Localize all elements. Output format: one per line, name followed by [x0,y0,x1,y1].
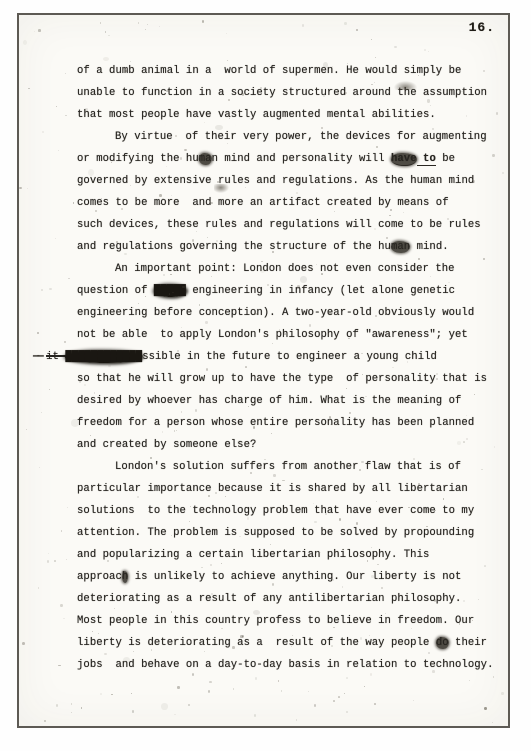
typed-text: their [449,637,487,649]
scan-noise-speck [22,642,24,645]
scan-noise-speck [159,26,160,27]
scan-noise-speck [71,712,72,713]
scan-noise-speck [48,553,49,554]
text-line: approach is unlikely to achieve anything… [77,566,497,588]
scan-noise-speck [174,714,175,715]
text-line: engineering before conception). A two-ye… [77,302,497,324]
scan-noise-speck [131,693,132,694]
text-line: deteriorating as a result of any antilib… [77,588,497,610]
scan-noise-speck [44,720,46,723]
scan-noise-speck [469,680,470,681]
scan-noise-speck [281,690,282,692]
typewritten-text: of a dumb animal in a world of supermen.… [77,60,497,676]
typed-text: be [436,153,455,165]
scan-noise-speck [58,150,59,151]
typed-text: London's solution suffers from another f… [115,461,461,473]
scan-noise-speck [39,467,40,468]
typed-text: that most people have vastly augmented m… [77,109,436,121]
scan-noise-speck [49,288,52,290]
typed-text: engineering in infancy (let alone geneti… [186,285,455,297]
typed-text: freedom for a person whose entire person… [77,417,474,429]
text-line: such devices, these rules and regulation… [77,214,497,236]
scan-noise-speck [255,677,257,679]
typed-text: Most people in this country profess to b… [77,615,474,627]
text-line: freedom for a person whose entire person… [77,412,497,434]
typed-text: mind. [410,241,448,253]
typed-text: By virtue of their very power, the devic… [115,131,487,143]
scan-noise-speck [177,686,179,689]
scan-noise-speck [226,33,227,34]
scan-noise-speck [371,39,372,40]
ink-blot: man [391,241,410,253]
typed-text: and regulations governing the structure … [77,241,391,253]
typed-text: jobs and behave on a day-to-day basis in… [77,659,493,671]
scan-noise-speck [314,704,317,707]
scan-noise-speck [338,696,340,698]
typed-text: not be able to apply London's philosophy… [77,329,468,341]
scan-noise-speck [41,289,43,291]
text-line: jobs and behave on a day-to-day basis in… [77,654,497,676]
scan-noise-speck [38,587,40,589]
scan-noise-speck [26,429,27,430]
typed-text: and created by someone else? [77,439,256,451]
text-line: so that he will grow up to have the type… [77,368,497,390]
scan-noise-speck [64,341,66,343]
scan-noise-speck [308,691,309,692]
scanned-document: 16. of a dumb animal in a world of super… [0,0,531,751]
scan-noise-speck [501,692,503,695]
scan-noise-speck [424,49,426,51]
text-line: of a dumb animal in a world of supermen.… [77,60,497,82]
scan-noise-speck [68,278,69,279]
ink-blot: do [436,637,449,649]
scan-noise-speck [302,24,304,26]
scan-noise-speck [81,707,82,709]
scan-noise-speck [333,700,335,702]
scan-noise-speck [66,559,67,560]
scan-noise-speck [209,681,211,683]
scan-noise-speck [375,57,376,58]
scan-noise-speck [147,24,148,25]
typed-text: —— [33,351,46,363]
typed-text: deteriorating as a result of any antilib… [77,593,461,605]
typed-text: liberty is deteriorating as a result of … [77,637,436,649]
scan-noise-speck [356,29,358,31]
scan-noise-speck [100,22,101,24]
scan-noise-speck [278,680,280,682]
scan-noise-speck [108,35,110,37]
scan-noise-speck [56,704,58,707]
scan-noise-speck [42,131,44,133]
text-line: attention. The problem is supposed to be… [77,522,497,544]
ink-blot: █████ [154,285,186,297]
text-line: particular importance because it is shar… [77,478,497,500]
ink-blot: ████████████ [65,351,142,363]
scan-noise-speck [38,29,40,32]
scan-noise-speck [428,51,429,52]
scan-noise-speck [19,187,21,189]
typed-text: governed by extensive [77,175,218,187]
scan-noise-speck [67,507,68,508]
typed-text: assumption [417,87,487,99]
scan-noise-speck [208,690,210,692]
scan-noise-speck [55,238,56,240]
text-line: and popularizing a certain libertarian p… [77,544,497,566]
page-number: 16. [469,20,495,35]
typed-text: solutions to the technology problem that… [77,505,474,517]
typed-text: so that he will grow up to have the type… [77,373,487,385]
scan-noise-speck [71,703,72,705]
typed-text: attention. The problem is supposed to be… [77,527,474,539]
typed-text: desired by whoever has charge of him. Wh… [77,395,461,407]
typed-text: and popularizing a certain libertarian p… [77,549,429,561]
typed-text: or modifying the hu [77,153,199,165]
text-line: London's solution suffers from another f… [77,456,497,478]
typed-text: ru [218,175,231,187]
scan-noise-speck [60,604,62,607]
scan-noise-speck [254,714,256,717]
typed-text: particular importance because it is shar… [77,483,468,495]
text-line: liberty is deteriorating as a result of … [77,632,497,654]
scan-noise-speck [37,332,39,333]
scan-noise-speck [56,106,57,107]
scan-noise-speck [23,40,27,45]
typed-text: approac [77,571,122,583]
typed-text: question of [77,285,154,297]
scan-noise-speck [49,389,50,390]
text-line: comes to be more and more an artifact cr… [77,192,497,214]
typed-text: comes to be more and more an artifact cr… [77,197,449,209]
scan-noise-speck [296,719,298,720]
scan-noise-speck [202,20,205,23]
text-line: governed by extensive rules and regulati… [77,170,497,192]
scan-noise-speck [344,22,346,25]
scan-noise-speck [100,693,102,695]
text-line: question of █████ engineering in infancy… [77,280,497,302]
text-line: solutions to the technology problem that… [77,500,497,522]
scan-noise-speck [65,115,66,116]
scan-noise-speck [28,88,29,89]
scan-noise-speck [47,560,50,563]
scan-noise-speck [65,73,66,74]
typed-text: engineering before conception). A two-ye… [77,307,474,319]
scan-noise-speck [34,31,35,32]
scan-noise-speck [188,704,190,706]
scan-noise-speck [346,677,348,679]
text-line: that most people have vastly augmented m… [77,104,497,126]
scan-noise-speck [54,560,56,562]
text-line: An important point: London does not even… [77,258,497,280]
scan-noise-speck [364,686,365,687]
text-line: and created by someone else? [77,434,497,456]
scan-noise-speck [145,29,146,30]
text-line: unable to function in a society structur… [77,82,497,104]
typed-text: n mind and personality will [212,153,391,165]
scan-noise-speck [394,46,396,48]
scan-noise-speck [344,693,345,694]
typed-text: is unlikely to achieve anything. Our lib… [128,571,461,583]
scan-noise-speck [27,188,28,189]
scan-noise-speck [58,665,60,667]
scan-noise-speck [492,722,493,723]
scan-noise-speck [161,703,168,709]
typed-text: of a dumb animal in a world of supermen.… [77,65,461,77]
scan-noise-speck [346,711,348,713]
text-line: or modifying the human mind and personal… [77,148,497,170]
typed-text: such devices, these rules and regulation… [77,219,481,231]
scan-noise-speck [502,172,504,174]
scan-noise-speck [105,31,106,32]
ink-blot: have [391,153,417,166]
typed-text: unable to function in a society structur… [77,87,397,99]
scan-noise-speck [484,707,487,710]
scan-noise-speck [41,412,42,413]
scan-noise-speck [374,703,376,705]
scan-noise-speck [493,676,495,678]
scan-noise-speck [132,710,134,712]
typed-text: to [417,153,436,166]
scan-noise-speck [111,694,112,695]
typed-text: it [46,351,65,363]
typed-text: les and regulations. As the human mind [231,175,474,187]
ink-blot: ma [199,153,212,165]
typed-text: the [397,87,416,99]
scan-noise-speck [73,202,75,204]
text-line: —— it ████████████ssible in the future t… [33,346,497,368]
text-line: desired by whoever has charge of him. Wh… [77,390,497,412]
text-line: By virtue of their very power, the devic… [77,126,497,148]
text-line: and regulations governing the structure … [77,236,497,258]
typed-text: ssible in the future to engineer a young… [142,351,437,363]
text-line: Most people in this country profess to b… [77,610,497,632]
scan-noise-speck [138,22,139,23]
scan-noise-speck [63,618,65,619]
typed-text: An important point: London does not even… [115,263,455,275]
scan-noise-speck [61,530,63,532]
scan-noise-speck [413,700,414,702]
text-line: not be able to apply London's philosophy… [77,324,497,346]
page-frame: 16. of a dumb animal in a world of super… [17,13,510,728]
scan-noise-speck [233,688,235,690]
